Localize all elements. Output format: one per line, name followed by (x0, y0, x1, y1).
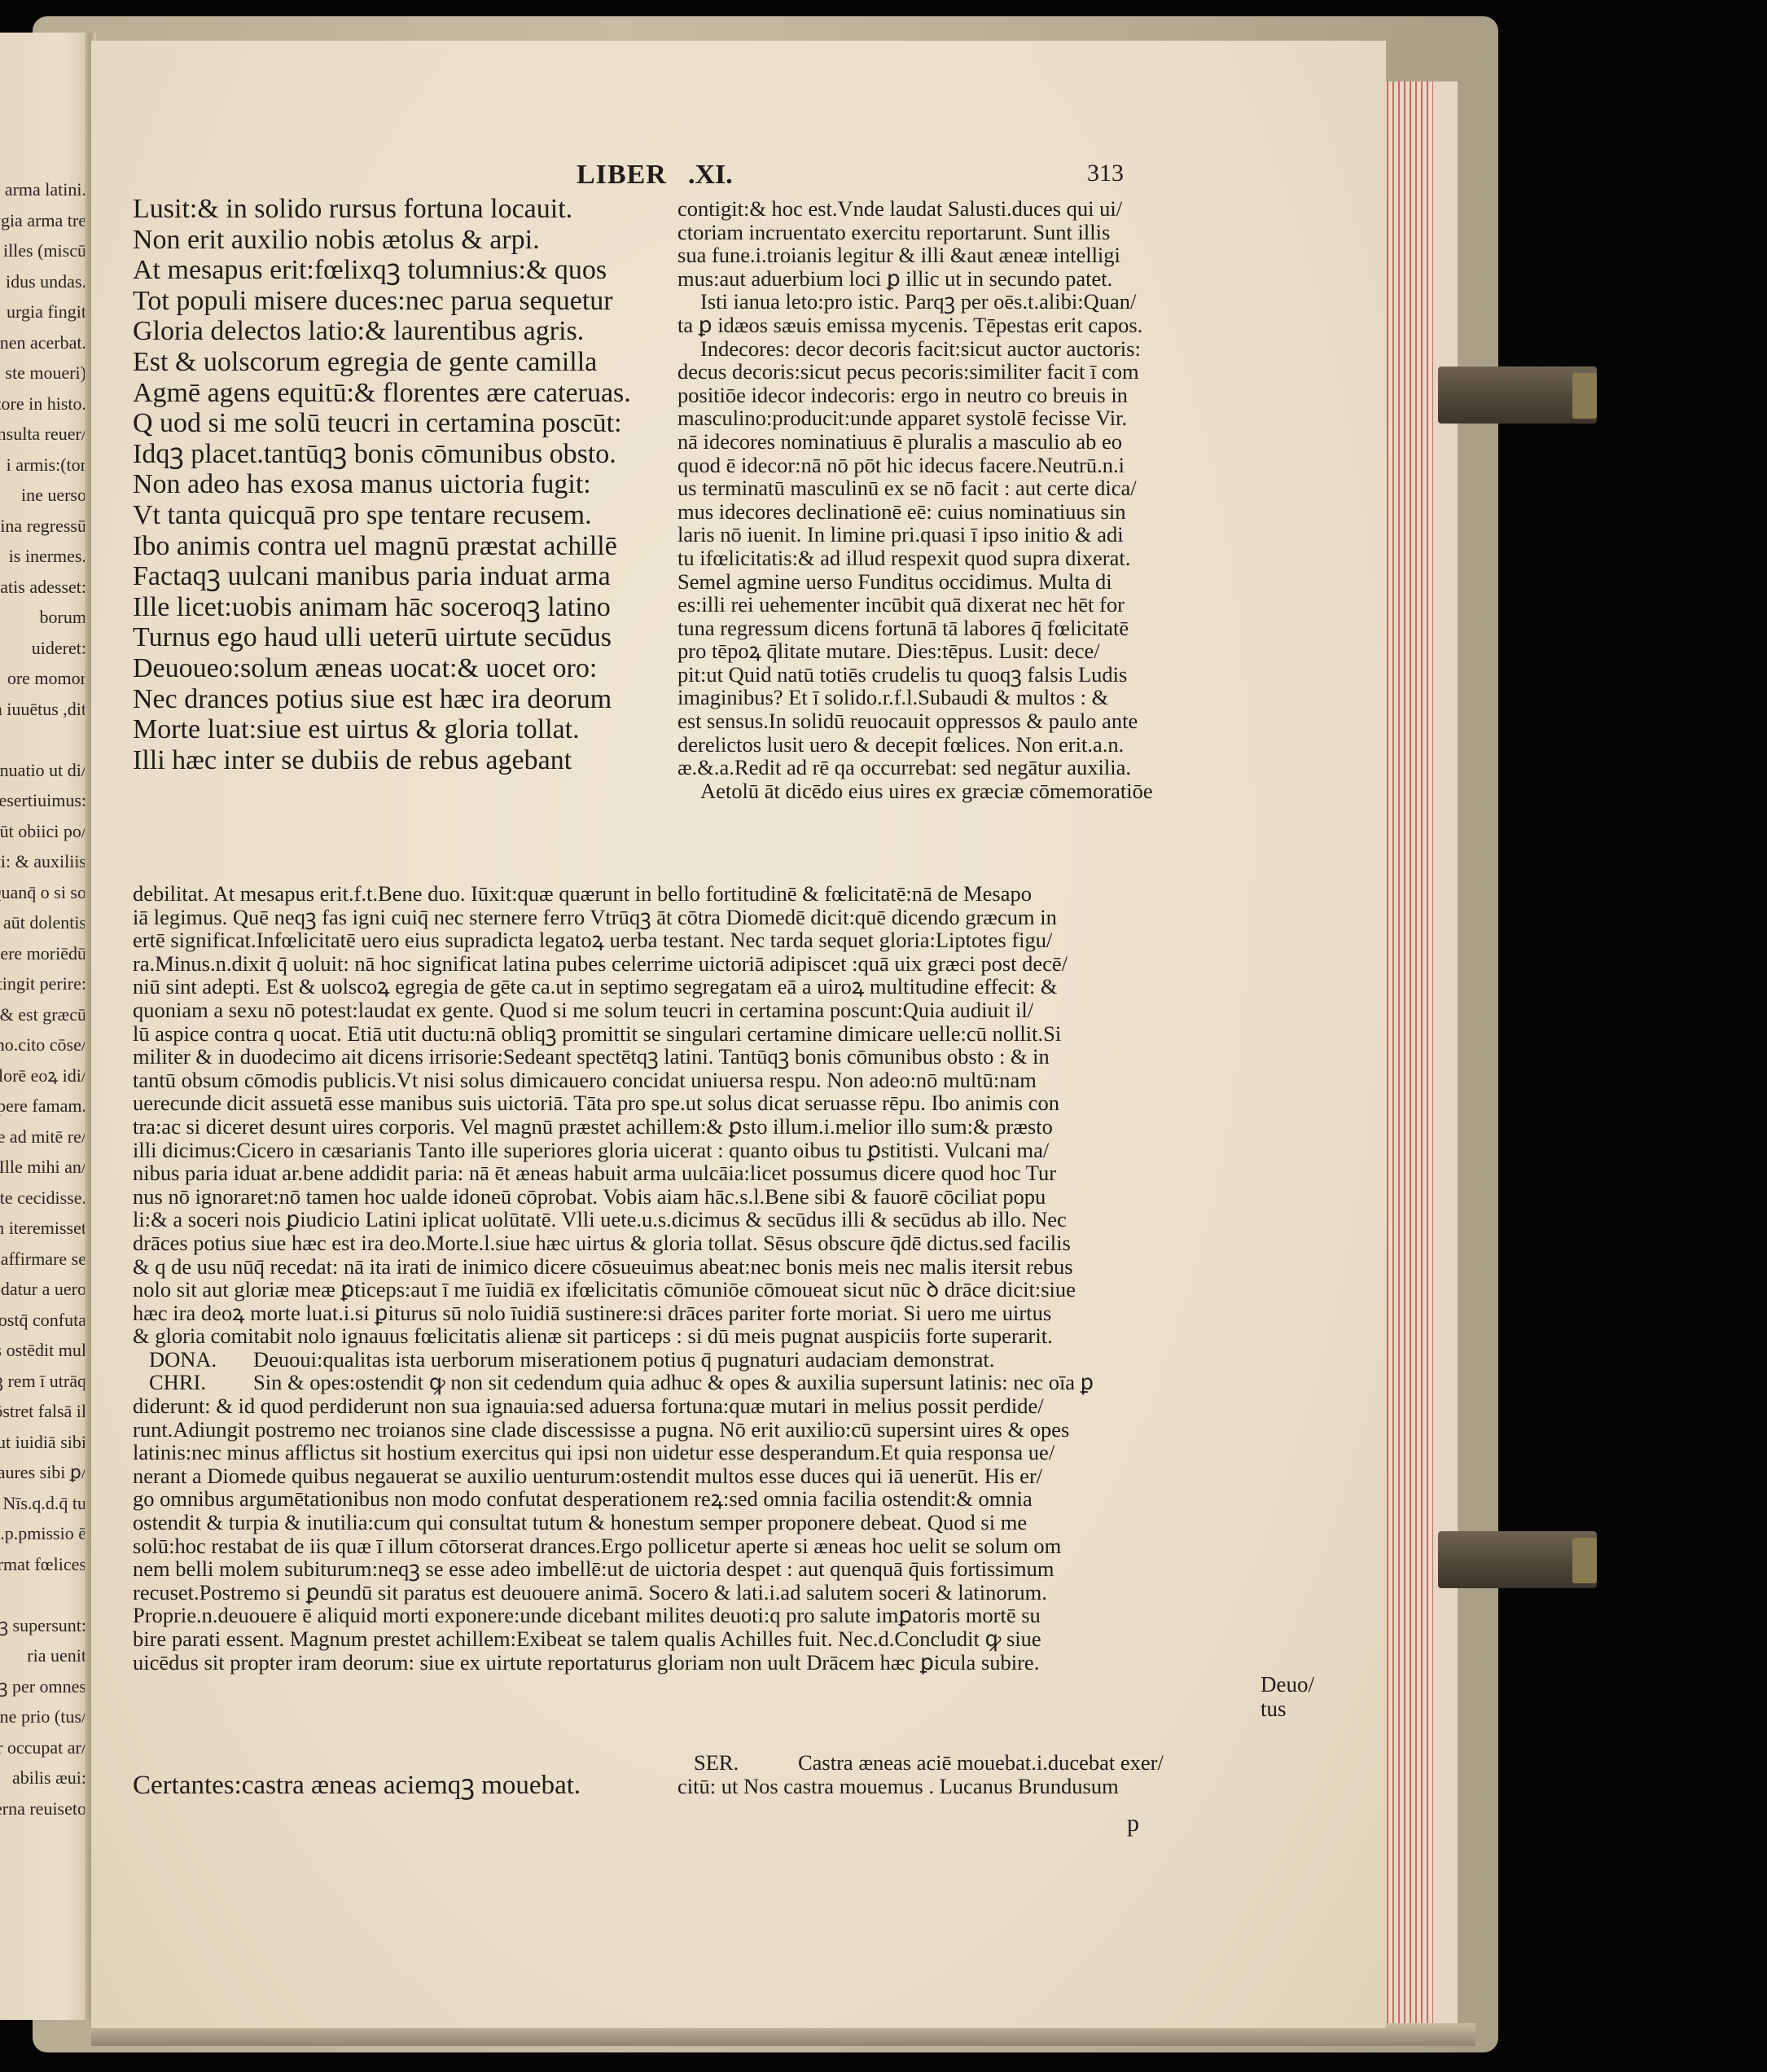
commentary-text: & gloria comitabit nolo ignauus fœlicita… (133, 1324, 1053, 1348)
commentary-line: latinis:nec minus afflictus sit hostium … (133, 1441, 1248, 1464)
commentary-text: bire parati essent. Magnum prestet achil… (133, 1626, 1041, 1651)
commentary-text: li:& a soceri nois ꝑiudicio Latini iplic… (133, 1207, 1067, 1231)
commentary-line: iā legimus. Quē neqꝫ fas igni cuiq̄ nec … (133, 906, 1248, 929)
commentary-line: lū aspice contra q uocat. Etiā utit duct… (133, 1022, 1248, 1046)
commentary-line: runt.Adiungit postremo nec troianos sine… (133, 1418, 1248, 1442)
commentary-line: drāces potius siue hæc est ira deo.Morte… (133, 1231, 1248, 1255)
commentary-line: militer & in duodecimo ait dicens irriso… (133, 1045, 1248, 1069)
left-page-text-fragment: ine uerso (21, 485, 86, 506)
commentary-right-column: contigit:& hoc est.Vnde laudat Salusti.d… (677, 197, 1239, 802)
commentary-line: tuna regressum dicens fortunā tā labores… (677, 617, 1239, 640)
commentary-line: mus:aut aduerbium loci ꝑ illic ut in sec… (677, 267, 1239, 291)
verse-line: At mesapus erit:fœlixqꝫ tolumnius:& quos (133, 255, 654, 286)
clasp-upper (1438, 367, 1597, 424)
commentary-text: Castra æneas aciē mouebat.i.ducebat exer… (798, 1750, 1164, 1775)
commentary-line: positiōe idecor indecoris: ergo in neutr… (677, 384, 1239, 407)
commentary-line: Proprie.n.deuouere ē aliquid morti expon… (133, 1604, 1248, 1627)
verse-block: Lusit:& in solido rursus fortuna locauit… (133, 194, 654, 775)
commentary-line: diderunt: & id quod perdiderunt non sua … (133, 1394, 1248, 1418)
left-page-text-fragment: ria uenit (27, 1645, 86, 1666)
verse-line: Ibo animis contra uel magnū præstat achi… (133, 531, 654, 562)
commentary-text: nolo sit aut gloriæ meæ ꝑticeps:aut ī me… (133, 1277, 1076, 1302)
left-page-text-fragment: uideret: (32, 638, 86, 659)
commentary-line: nerant a Diomede quibus negauerat se aux… (133, 1464, 1248, 1488)
commentary-line: pit:ut Quid natū totiēs crudelis tu quoq… (677, 663, 1239, 687)
folio-number: 313 (1087, 160, 1124, 187)
verse-line: Deuoueo:solum æneas uocat:& uocet oro: (133, 653, 654, 684)
left-page-text-fragment: idus undas. (6, 271, 86, 292)
left-page-text-fragment: ina regressū (0, 516, 86, 537)
commentary-line: quoniam a sexu nō potest:laudat ex gente… (133, 999, 1248, 1022)
commentary-line: tantū obsum cōmodis publicis.Vt nisi sol… (133, 1069, 1248, 1092)
left-page-text-fragment: a iuuētus ,dit (0, 699, 86, 720)
final-verse: Certantes:castra æneas aciemqꝫ mouebat. (133, 1765, 581, 1802)
commentary-line: Aetolū āt dicēdo eius uires ex græciæ cō… (677, 779, 1239, 803)
left-page-text-fragment: ntate cecidisse. (0, 1187, 86, 1209)
left-page-text-fragment: gores aures sibi ꝑ/ (0, 1462, 86, 1483)
commentary-line: uicēdus sit propter iram deorum: siue ex… (133, 1651, 1248, 1675)
commentary-text: Sin & opes:ostendit ꝙ non sit cedendum q… (253, 1370, 1094, 1394)
commentary-line: debilitat. At mesapus erit.f.t.Bene duo.… (133, 882, 1248, 906)
commentary-line: masculino:producit:unde apparet systolē … (677, 406, 1239, 430)
verse-line: Non erit auxilio nobis ætolus & arpi. (133, 225, 654, 256)
commentary-line: ra.Minus.n.dixit q̄ uoluit: nā hoc signi… (133, 952, 1248, 976)
commentary-line: decus decoris:sicut pecus pecoris:simili… (677, 360, 1239, 384)
commentary-text: debilitat. At mesapus erit.f.t.Bene duo.… (133, 881, 1032, 906)
left-page-text-fragment: nen acerbat. (0, 332, 86, 353)
margin-note-line: tus (1261, 1697, 1314, 1721)
commentary-line: nolo sit aut gloriæ meæ ꝑticeps:aut ī me… (133, 1278, 1248, 1302)
left-page-text-fragment: āces ostēdit mul (0, 1340, 86, 1361)
commentary-text: tantū obsum cōmodis publicis.Vt nisi sol… (133, 1068, 1037, 1092)
commentary-text: citū: ut Nos castra mouemus . Lucanus Br… (677, 1774, 1119, 1798)
left-page-text-fragment: ecedatur a uero (0, 1279, 86, 1300)
commentary-line: recuset.Postremo si ꝑeundū sit paratus e… (133, 1581, 1248, 1604)
commentary-text: lū aspice contra q uocat. Etiā utit duct… (133, 1021, 1061, 1046)
commentary-text: Proprie.n.deuouere ē aliquid morti expon… (133, 1603, 1041, 1627)
commentary-text: drāces potius siue hæc est ira deo.Morte… (133, 1231, 1071, 1255)
left-page-text-fragment: nsulta reuer/ (0, 424, 86, 445)
commentary-line: citū: ut Nos castra mouemus . Lucanus Br… (677, 1775, 1164, 1798)
book-number: .XI. (688, 160, 733, 191)
commentary-text: nem belli molem subiturum:neqꝫ se esse a… (133, 1556, 1054, 1581)
left-page-text-fragment: urgia fingit (7, 301, 86, 323)
left-page-text-fragment: borum (40, 607, 86, 628)
left-page-text-fragment: emus.p.pmissio ē (0, 1523, 86, 1544)
commentary-line: Indecores: decor decoris facit:sicut auc… (677, 337, 1239, 361)
left-page-text-fragment: ygia arma tre (0, 210, 86, 231)
commentary-line: & q de usu nūq̄ recedat: nā ita irati de… (133, 1255, 1248, 1279)
commentary-line: li:& a soceri nois ꝑiudicio Latini iplic… (133, 1208, 1248, 1231)
verse-line: Agmē agens equitū:& florentes ære cateru… (133, 378, 654, 409)
left-page-text-fragment: iōe ad mitē re/ (0, 1126, 86, 1148)
left-page-text-fragment: oc affirmat fœlices (0, 1554, 86, 1575)
commentary-line: mus idecores declinationē eē: cuius nomi… (677, 500, 1239, 524)
commentary-line: ctoriam incruentato exercitu reportarunt… (677, 221, 1239, 244)
commentary-line: quod ē idecor:nā nō pōt hic idecus facer… (677, 454, 1239, 477)
commentary-text: illi dicimus:Cicero in cæsarianis Tanto … (133, 1138, 1049, 1162)
commentary-line: niū sint adepti. Est & uolscoꝝ egregia d… (133, 975, 1248, 999)
commentary-text: go omnibus argumētationibus non modo con… (133, 1486, 1033, 1511)
commentary-line: nibus paria iduat ar.bene addidit paria:… (133, 1161, 1248, 1185)
commentary-line: ostendit & turpia & inutilia:cum qui con… (133, 1511, 1248, 1534)
verse-line: Q uod si me solū teucri in certamina pos… (133, 408, 654, 439)
final-commentary: SER.Castra æneas aciē mouebat.i.ducebat … (677, 1751, 1164, 1798)
commentator-label: SER. (677, 1751, 798, 1775)
commentary-text: recuset.Postremo si ꝑeundū sit paratus e… (133, 1580, 1047, 1604)
left-page-text-fragment: qꝫ supersunt: (0, 1615, 86, 1636)
commentary-full-width: debilitat. At mesapus erit.f.t.Bene duo.… (133, 882, 1248, 1674)
verse-line: Idqꝫ placet.tantūqꝫ bonis cōmunibus obst… (133, 439, 654, 470)
clasp-lower (1438, 1531, 1597, 1588)
left-page-text-fragment: mine prio (tus/ (0, 1706, 86, 1727)
left-page-text-fragment: arqꝫ per omnes (0, 1676, 86, 1697)
commentary-line: es:illi rei uehementer incūbit quā dixer… (677, 593, 1239, 617)
left-page-text-fragment: um iteremisset (0, 1218, 86, 1239)
commentary-text: quoniam a sexu nō potest:laudat ex gente… (133, 998, 1033, 1022)
commentary-text: & q de usu nūq̄ recedat: nā ita irati de… (133, 1254, 1073, 1279)
left-page-text-fragment: um ut iuidiā sibi (0, 1432, 86, 1453)
left-page-text-fragment: nsinuatio ut di/ (0, 760, 86, 781)
commentary-line: hæc ira deoꝝ morte luat.i.si ꝑiturus sū … (133, 1302, 1248, 1325)
verse-line: Non adeo has exosa manus uictoria fugit: (133, 469, 654, 500)
commentator-label: DONA. (133, 1348, 253, 1372)
commentary-line: illi dicimus:Cicero in cæsarianis Tanto … (133, 1139, 1248, 1162)
left-page-text-fragment: erna reuiseto (0, 1798, 86, 1820)
commentary-text: ra.Minus.n.dixit q̄ uoluit: nā hoc signi… (133, 951, 1068, 976)
left-page-text-fragment: : O aūt dolentis (0, 912, 86, 933)
commentary-line: nā idecores nominatiuus ē pluralis a mas… (677, 430, 1239, 454)
commentary-line: & gloria comitabit nolo ignauus fœlicita… (133, 1324, 1248, 1348)
left-page-text-fragment: mo.cito cōse/ (0, 1034, 86, 1056)
commentary-text: nus nō ignoraret:nō tamen hoc ualde idon… (133, 1184, 1046, 1209)
left-page-text-fragment: abilis æui: (12, 1767, 86, 1789)
commentary-text: uicēdus sit propter iram deorum: siue ex… (133, 1650, 1039, 1675)
verse-line: Gloria delectos latio:& laurentibus agri… (133, 316, 654, 347)
commentary-text: diderunt: & id quod perdiderunt non sua … (133, 1394, 1044, 1418)
left-page-text-fragment: e:& est græcū (0, 1004, 86, 1025)
commentary-text: iā legimus. Quē neqꝫ fas igni cuiq̄ nec … (133, 905, 1057, 929)
left-page-text-fragment: illes (miscū (3, 240, 86, 261)
commentary-line: nem belli molem subiturum:neqꝫ se esse a… (133, 1557, 1248, 1581)
left-page-text-fragment: . Quanq̄ o si so (0, 882, 86, 903)
commentary-line: sua fune.i.troianis legitur & illi &aut … (677, 244, 1239, 267)
verse-line: Tot populi misere duces:nec parua sequet… (133, 286, 654, 317)
commentary-line: pro tēpoꝝ q̄litate mutare. Dies:tēpus. L… (677, 639, 1239, 663)
commentary-text: nibus paria iduat ar.bene addidit paria:… (133, 1161, 1056, 1185)
left-page-fragment: arma latini.ygia arma treilles (miscūidu… (0, 33, 91, 2020)
left-page-text-fragment: ste moueri) (5, 362, 86, 384)
commentary-line: ertē significat.Infœlicitatē uero eius s… (133, 928, 1248, 952)
left-page-text-fragment: tore in histo. (0, 393, 86, 415)
commentator-label: CHRI. (133, 1371, 253, 1394)
commentary-line: DONA.Deuoui:qualitas ista uerborum miser… (133, 1348, 1248, 1372)
commentary-line: imaginibus? Et ī solido.r.f.l.Subaudi & … (677, 686, 1239, 709)
commentary-line: est sensus.In solidū reuocauit oppressos… (677, 709, 1239, 733)
verse-line: Ille licet:uobis animam hāc soceroqꝫ lat… (133, 592, 654, 623)
left-page-text-fragment: demōstret falsā il (0, 1401, 86, 1422)
commentary-text: ostendit & turpia & inutilia:cum qui con… (133, 1510, 1027, 1534)
commentary-text: Deuoui:qualitas ista uerborum miseration… (253, 1347, 994, 1372)
commentary-line: go omnibus argumētationibus non modo con… (133, 1487, 1248, 1511)
left-page-text-fragment: is inermes. (9, 546, 86, 567)
verse-line: Lusit:& in solido rursus fortuna locauit… (133, 194, 654, 225)
verse-line: Illi hæc inter se dubiis de rebus ageban… (133, 745, 654, 776)
left-page-text-fragment: cōtingit perire: (0, 973, 86, 994)
verse-line: Morte luat:siue est uirtus & gloria toll… (133, 714, 654, 745)
left-page-text-fragment: euerti: & auxiliis (0, 851, 86, 872)
commentary-line: derelictos lusit uero & decepit fœlices.… (677, 733, 1239, 757)
signature-mark: p (1127, 1810, 1139, 1837)
commentary-line: tra:ac si diceret desunt uires corporis.… (133, 1115, 1248, 1139)
commentary-line: bire parati essent. Magnum prestet achil… (133, 1627, 1248, 1651)
commentary-line: uerecunde dicit assuetā esse manibus sui… (133, 1091, 1248, 1115)
margin-note: Deuo/tus (1261, 1672, 1314, 1721)
commentary-line: laris nō iuenit. In limine pri.quasi ī i… (677, 523, 1239, 547)
commentary-line: æ.&.a.Redit ad rē qa occurrebat: sed neg… (677, 756, 1239, 779)
verse-line: Est & uolscorum egregia de gente camilla (133, 347, 654, 378)
commentary-line: solū:hoc restabat de iis quæ ī illum cōt… (133, 1534, 1248, 1558)
left-page-text-fragment: atis adesset: (0, 577, 86, 598)
commentary-text: nerant a Diomede quibus negauerat se aux… (133, 1464, 1042, 1488)
left-page-text-fragment: pere famam. (0, 1095, 86, 1117)
verse-line: Vt tanta quicquā pro spe tentare recusem… (133, 500, 654, 531)
left-page-text-fragment: erat affirmare se (0, 1249, 86, 1270)
commentary-text: latinis:nec minus afflictus sit hostium … (133, 1440, 1054, 1464)
commentary-text: niū sint adepti. Est & uolscoꝝ egregia d… (133, 974, 1057, 999)
commentary-line: ta ꝑ idæos sæuis emissa mycenis. Tēpesta… (677, 314, 1239, 337)
commentary-line: Semel agmine uerso Funditus occidimus. M… (677, 570, 1239, 594)
commentary-line: tu ifœlicitatis:& ad illud respexit quod… (677, 547, 1239, 570)
commentary-text: militer & in duodecimo ait dicens irriso… (133, 1044, 1050, 1069)
verse-line: Turnus ego haud ulli ueterū uirtute secū… (133, 622, 654, 653)
left-page-text-fragment: dicere moriēdū (0, 943, 86, 964)
left-page-text-fragment: i armis:(tor (7, 454, 86, 476)
commentary-text: uerecunde dicit assuetā esse manibus sui… (133, 1091, 1059, 1115)
verse-line: Factaqꝫ uulcani manibus paria induat arm… (133, 561, 654, 592)
commentary-line: us terminatū masculinū ex se nō facit : … (677, 476, 1239, 500)
left-page-text-fragment: . Ille mihi an/ (0, 1157, 86, 1178)
left-page-text-fragment: nor occupat ar/ (0, 1737, 86, 1758)
left-page-text-fragment: arma latini. (5, 179, 86, 200)
left-page-text-fragment: es. Nīs.q.d.q̄ tu (0, 1493, 86, 1514)
left-page-text-fragment: lorē eoꝝ idi/ (0, 1065, 86, 1086)
commentary-text: runt.Adiungit postremo nec troianos sine… (133, 1417, 1069, 1442)
commentary-line: Isti ianua leto:pro istic. Parqꝫ per oēs… (677, 290, 1239, 314)
left-page-text-fragment: possūt obiici po/ (0, 821, 86, 842)
running-title: LIBER (577, 160, 667, 191)
commentary-line: nus nō ignoraret:nō tamen hoc ualde idon… (133, 1185, 1248, 1209)
left-page-text-fragment: āqꝫ rem ī utrāq (0, 1371, 86, 1392)
left-page-text-fragment: ore momor (7, 668, 86, 689)
commentary-line: contigit:& hoc est.Vnde laudat Salusti.d… (677, 197, 1239, 221)
commentary-text: tra:ac si diceret desunt uires corporis.… (133, 1114, 1053, 1139)
commentary-text: ertē significat.Infœlicitatē uero eius s… (133, 928, 1052, 952)
margin-note-line: Deuo/ (1261, 1672, 1314, 1697)
commentary-text: hæc ira deoꝝ morte luat.i.si ꝑiturus sū … (133, 1301, 1051, 1325)
commentary-text: solū:hoc restabat de iis quæ ī illum cōt… (133, 1534, 1061, 1558)
commentary-line: SER.Castra æneas aciē mouebat.i.ducebat … (677, 1751, 1164, 1775)
commentary-line: CHRI.Sin & opes:ostendit ꝙ non sit ceden… (133, 1371, 1248, 1394)
red-page-edges (1384, 81, 1433, 2036)
left-page-text-fragment: n desertiuimus: (0, 790, 86, 811)
left-page-text-fragment: is:postq̄ confuta (0, 1310, 86, 1331)
verse-line: Nec drances potius siue est hæc ira deor… (133, 684, 654, 715)
